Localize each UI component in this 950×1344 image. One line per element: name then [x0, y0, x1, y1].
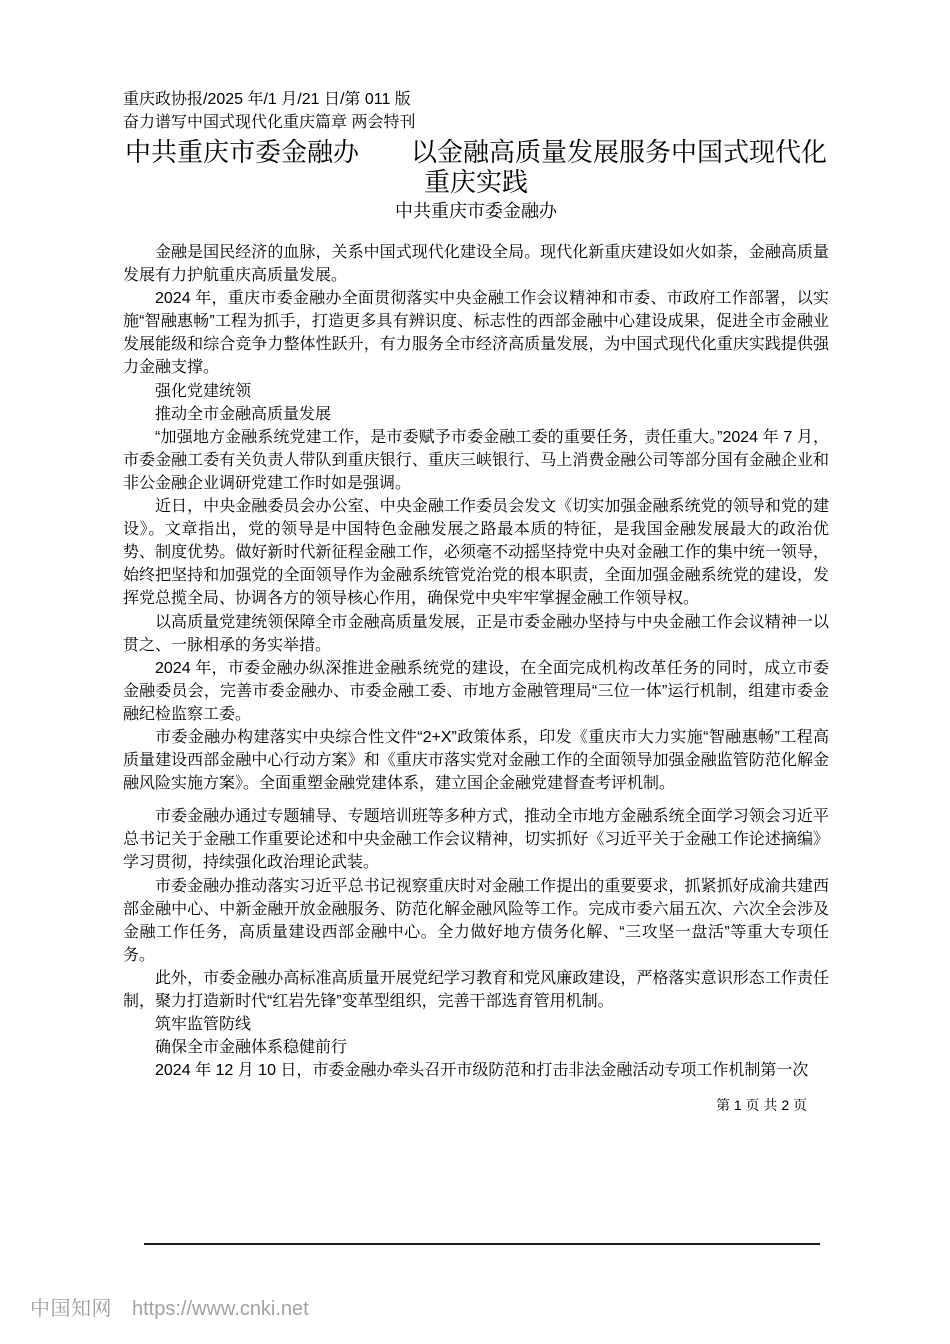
title-line-1: 中共重庆市委金融办以金融高质量发展服务中国式现代化: [123, 137, 829, 167]
paragraph: 市委金融办推动落实习近平总书记视察重庆时对金融工作提出的重要要求，抓紧抓好成渝共…: [123, 875, 829, 967]
cnki-watermark: 中国知网 https://www.cnki.net: [30, 1292, 309, 1321]
paragraph: 市委金融办通过专题辅导、专题培训班等多种方式，推动全市地方金融系统全面学习领会习…: [123, 805, 829, 874]
paragraph: 2024 年，市委金融办纵深推进金融系统党的建设，在全面完成机构改革任务的同时，…: [123, 657, 829, 726]
article-title: 中共重庆市委金融办以金融高质量发展服务中国式现代化 重庆实践: [123, 137, 829, 197]
document-page: 重庆政协报/2025 年/1 月/21 日/第 011 版 奋力谱写中国式现代化…: [0, 0, 950, 1344]
paragraph: 2024 年，重庆市委金融办全面贯彻落实中央金融工作会议精神和市委、市政府工作部…: [123, 287, 829, 379]
edition-line: 奋力谱写中国式现代化重庆篇章 两会特刊: [123, 111, 829, 134]
paragraph: 此外，市委金融办高标准高质量开展党纪学习教育和党风廉政建设，严格落实意识形态工作…: [123, 967, 829, 1013]
paragraph: “加强地方金融系统党建工作，是市委赋予市委金融工委的重要任务，责任重大。”202…: [123, 426, 829, 495]
title-segment-1: 中共重庆市委金融办: [125, 137, 359, 167]
subhead: 强化党建统领: [123, 380, 829, 403]
title-segment-2: 以金融高质量发展服务中国式现代化: [411, 137, 827, 167]
cnki-url-text: https://www.cnki.net: [132, 1298, 309, 1321]
subhead: 推动全市金融高质量发展: [123, 403, 829, 426]
article-body: 金融是国民经济的血脉，关系中国式现代化建设全局。现代化新重庆建设如火如荼，金融高…: [123, 241, 829, 1082]
footer-divider-line: [144, 1243, 820, 1245]
source-line: 重庆政协报/2025 年/1 月/21 日/第 011 版: [123, 88, 829, 111]
paragraph: 近日，中央金融委员会办公室、中央金融工作委员会发文《切实加强金融系统党的领导和党…: [123, 495, 829, 610]
paragraph: 以高质量党建统领保障全市金融高质量发展，正是市委金融办坚持与中央金融工作会议精神…: [123, 611, 829, 657]
paragraph: 市委金融办构建落实中央综合性文件“2+X”政策体系，印发《重庆市大力实施“智融惠…: [123, 726, 829, 795]
paragraph: 金融是国民经济的血脉，关系中国式现代化建设全局。现代化新重庆建设如火如荼，金融高…: [123, 241, 829, 287]
subhead: 确保全市金融体系稳健前行: [123, 1036, 829, 1059]
author-line: 中共重庆市委金融办: [123, 200, 829, 222]
title-line-2: 重庆实践: [123, 167, 829, 197]
page-number: 第 1 页 共 2 页: [123, 1096, 807, 1114]
document-header: 重庆政协报/2025 年/1 月/21 日/第 011 版 奋力谱写中国式现代化…: [123, 88, 829, 134]
subhead: 筑牢监管防线: [123, 1013, 829, 1036]
cnki-brand-text: 中国知网: [30, 1292, 112, 1321]
paragraph: 2024 年 12 月 10 日，市委金融办牵头召开市级防范和打击非法金融活动专…: [123, 1059, 829, 1082]
